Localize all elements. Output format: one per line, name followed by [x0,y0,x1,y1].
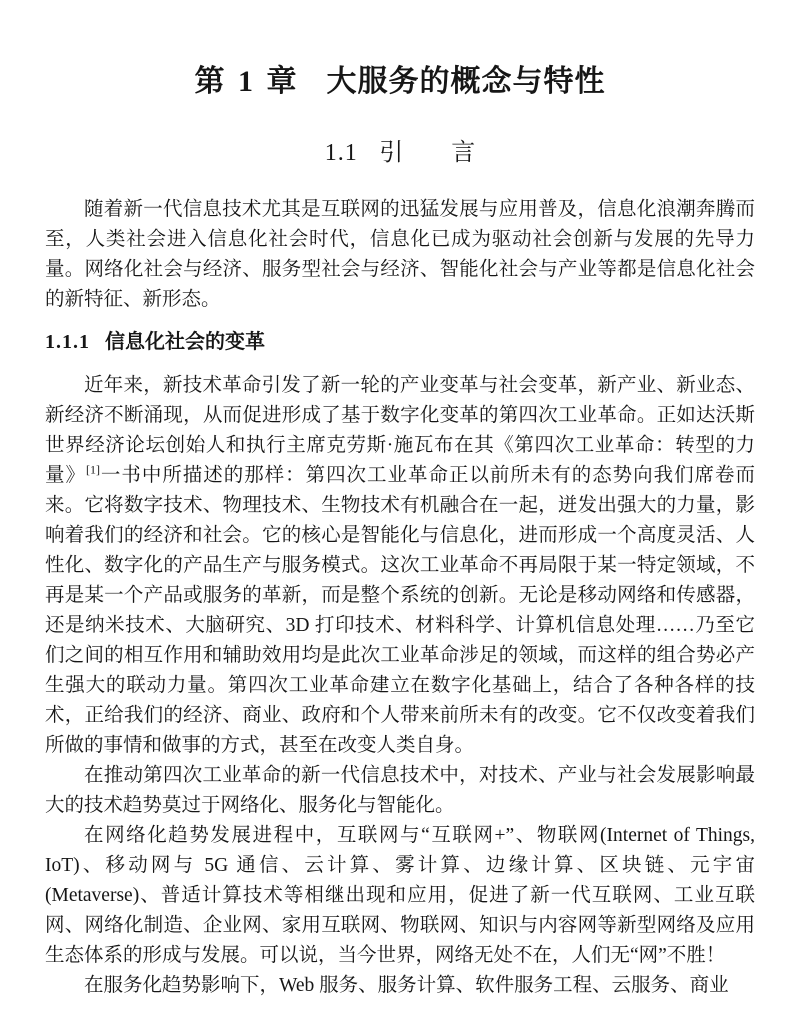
book-page: 第 1 章大服务的概念与特性 1.1引 言 随着新一代信息技术尤其是互联网的迅猛… [0,0,798,1028]
chapter-heading: 第 1 章大服务的概念与特性 [45,62,755,101]
subsection-title: 信息化社会的变革 [105,331,265,353]
section-heading: 1.1引 言 [45,138,755,168]
paragraph-networking-trend: 在网络化趋势发展进程中，互联网与“互联网+”、物联网(Internet of T… [45,821,755,971]
paragraph-text-after-footnote: 一书中所描述的那样：第四次工业革命正以前所未有的态势向我们席卷而来。它将数字技术… [45,465,755,756]
chapter-number: 第 1 章 [195,65,300,98]
footnote-reference-1: [1] [86,463,100,477]
section-number: 1.1 [325,140,358,166]
paragraph-intro: 随着新一代信息技术尤其是互联网的迅猛发展与应用普及，信息化浪潮奔腾而至，人类社会… [45,195,755,315]
paragraph-fourth-industrial-revolution: 近年来，新技术革命引发了新一轮的产业变革与社会变革，新产业、新业态、新经济不断涌… [45,371,755,761]
paragraph-technology-trends: 在推动第四次工业革命的新一代信息技术中，对技术、产业与社会发展影响最大的技术趋势… [45,761,755,821]
subsection-heading: 1.1.1信息化社会的变革 [45,329,755,355]
section-title: 引 言 [379,140,475,166]
subsection-number: 1.1.1 [45,331,90,353]
paragraph-servitization-trend: 在服务化趋势影响下，Web 服务、服务计算、软件服务工程、云服务、商业 [45,971,755,1001]
chapter-title: 大服务的概念与特性 [327,65,606,98]
